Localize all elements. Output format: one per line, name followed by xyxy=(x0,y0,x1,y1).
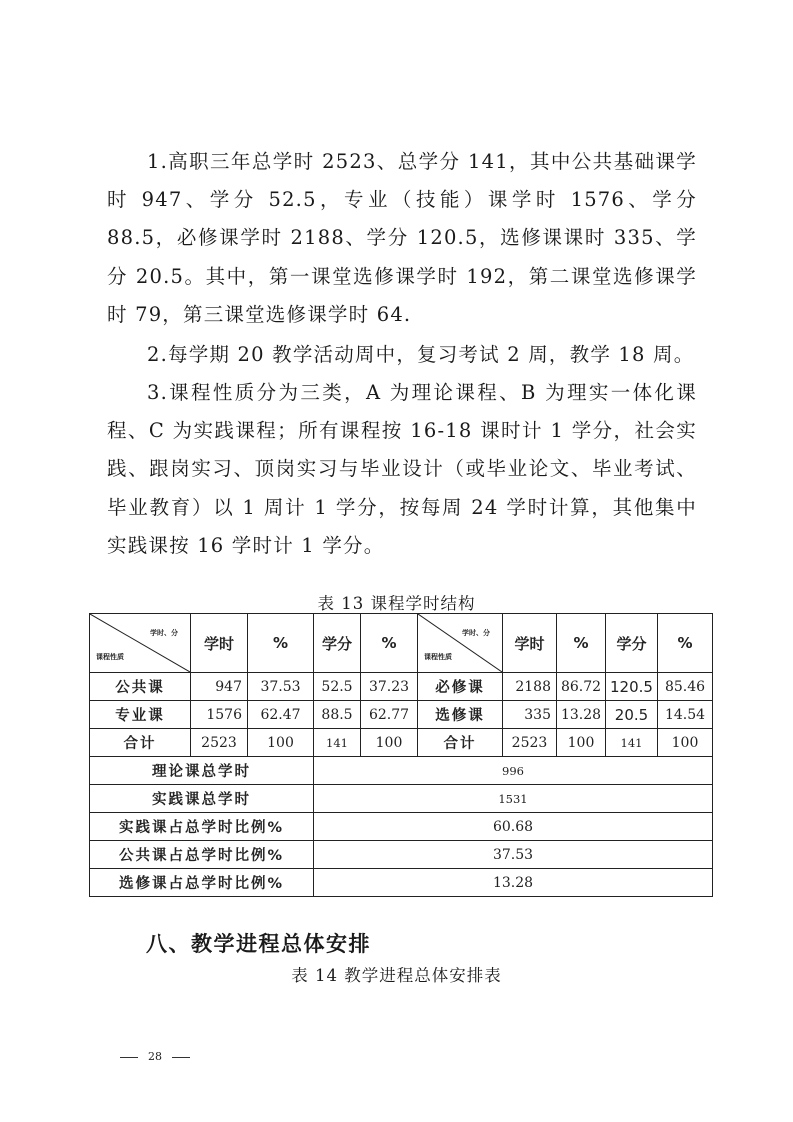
header-hours: 学时 xyxy=(503,614,557,673)
summary-value: 13.28 xyxy=(314,869,713,897)
header-hours: 学时 xyxy=(191,614,248,673)
page-number: 28 xyxy=(148,1050,162,1063)
cell-hours-pct: 100 xyxy=(248,729,314,757)
summary-label: 选修课占总学时比例% xyxy=(90,869,314,897)
cell-hours: 335 xyxy=(503,701,557,729)
table14-caption: 表 14 教学进程总体安排表 xyxy=(0,962,793,986)
header-hours-pct: % xyxy=(248,614,314,673)
cell-credits: 141 xyxy=(606,729,658,757)
cell-credits-pct: 62.77 xyxy=(361,701,418,729)
cell-credits-pct: 14.54 xyxy=(658,701,713,729)
header-credits: 学分 xyxy=(606,614,658,673)
row-label: 选修课 xyxy=(418,701,503,729)
cell-credits: 120.5 xyxy=(606,673,658,701)
summary-row: 实践课总学时 1531 xyxy=(90,785,713,813)
header-hours-pct: % xyxy=(557,614,606,673)
summary-value: 37.53 xyxy=(314,841,713,869)
header-row: 学时、分 课程性质 学时 % 学分 % 学时、分 课程性质 学时 % 学分 % xyxy=(90,614,713,673)
table13-caption: 表 13 课程学时结构 xyxy=(0,590,793,614)
diagonal-header-cell: 学时、分 课程性质 xyxy=(90,614,191,673)
diagonal-line-icon xyxy=(90,614,190,672)
page-footer: 28 xyxy=(120,1050,200,1063)
cell-hours-pct: 100 xyxy=(557,729,606,757)
paragraph-course-types: 3.课程性质分为三类，A 为理论课程、B 为理实一体化课程、C 为实践课程；所有… xyxy=(107,374,697,565)
summary-row: 选修课占总学时比例% 13.28 xyxy=(90,869,713,897)
cell-credits: 88.5 xyxy=(314,701,361,729)
diagonal-header-cell: 学时、分 课程性质 xyxy=(418,614,503,673)
row-label: 公共课 xyxy=(90,673,191,701)
header-credits-pct: % xyxy=(658,614,713,673)
summary-label: 实践课占总学时比例% xyxy=(90,813,314,841)
cell-hours-pct: 62.47 xyxy=(248,701,314,729)
diag-top-label: 学时、分 xyxy=(462,628,490,638)
summary-row: 公共课占总学时比例% 37.53 xyxy=(90,841,713,869)
summary-row: 理论课总学时 996 xyxy=(90,757,713,785)
paragraph-text: 2.每学期 20 教学活动周中，复习考试 2 周，教学 18 周。 xyxy=(147,343,694,366)
row-label: 合计 xyxy=(90,729,191,757)
summary-label: 实践课总学时 xyxy=(90,785,314,813)
table-row: 专业课 1576 62.47 88.5 62.77 选修课 335 13.28 … xyxy=(90,701,713,729)
dash-decoration xyxy=(172,1057,190,1058)
diag-top-label: 学时、分 xyxy=(150,628,178,638)
cell-hours: 2523 xyxy=(191,729,248,757)
cell-hours: 2523 xyxy=(503,729,557,757)
cell-credits-pct: 85.46 xyxy=(658,673,713,701)
header-credits-pct: % xyxy=(361,614,418,673)
summary-label: 理论课总学时 xyxy=(90,757,314,785)
summary-value: 1531 xyxy=(314,785,713,813)
paragraph-weeks: 2.每学期 20 教学活动周中，复习考试 2 周，教学 18 周。 xyxy=(107,336,697,374)
cell-hours: 2188 xyxy=(503,673,557,701)
dash-decoration xyxy=(120,1057,138,1058)
cell-credits: 52.5 xyxy=(314,673,361,701)
summary-value: 996 xyxy=(314,757,713,785)
course-hours-structure-table: 学时、分 课程性质 学时 % 学分 % 学时、分 课程性质 学时 % 学分 % … xyxy=(89,613,713,897)
summary-label: 公共课占总学时比例% xyxy=(90,841,314,869)
diagonal-line-icon xyxy=(418,614,502,672)
table-row-total: 合计 2523 100 141 100 合计 2523 100 141 100 xyxy=(90,729,713,757)
paragraph-total-hours: 1.高职三年总学时 2523、总学分 141，其中公共基础课学时 947、学分 … xyxy=(107,143,697,334)
diag-bottom-label: 课程性质 xyxy=(96,652,124,662)
summary-value: 60.68 xyxy=(314,813,713,841)
row-label: 必修课 xyxy=(418,673,503,701)
cell-hours: 1576 xyxy=(191,701,248,729)
cell-hours-pct: 13.28 xyxy=(557,701,606,729)
paragraph-text: 3.课程性质分为三类，A 为理论课程、B 为理实一体化课程、C 为实践课程；所有… xyxy=(107,381,697,557)
cell-hours-pct: 86.72 xyxy=(557,673,606,701)
cell-hours: 947 xyxy=(191,673,248,701)
section-heading: 八、教学进程总体安排 xyxy=(146,928,371,958)
cell-credits-pct: 37.23 xyxy=(361,673,418,701)
summary-row: 实践课占总学时比例% 60.68 xyxy=(90,813,713,841)
cell-credits-pct: 100 xyxy=(361,729,418,757)
table-row: 公共课 947 37.53 52.5 37.23 必修课 2188 86.72 … xyxy=(90,673,713,701)
cell-hours-pct: 37.53 xyxy=(248,673,314,701)
cell-credits-pct: 100 xyxy=(658,729,713,757)
header-credits: 学分 xyxy=(314,614,361,673)
row-label: 合计 xyxy=(418,729,503,757)
cell-credits: 141 xyxy=(314,729,361,757)
paragraph-text: 1.高职三年总学时 2523、总学分 141，其中公共基础课学时 947、学分 … xyxy=(107,150,697,326)
row-label: 专业课 xyxy=(90,701,191,729)
cell-credits: 20.5 xyxy=(606,701,658,729)
diag-bottom-label: 课程性质 xyxy=(424,652,452,662)
